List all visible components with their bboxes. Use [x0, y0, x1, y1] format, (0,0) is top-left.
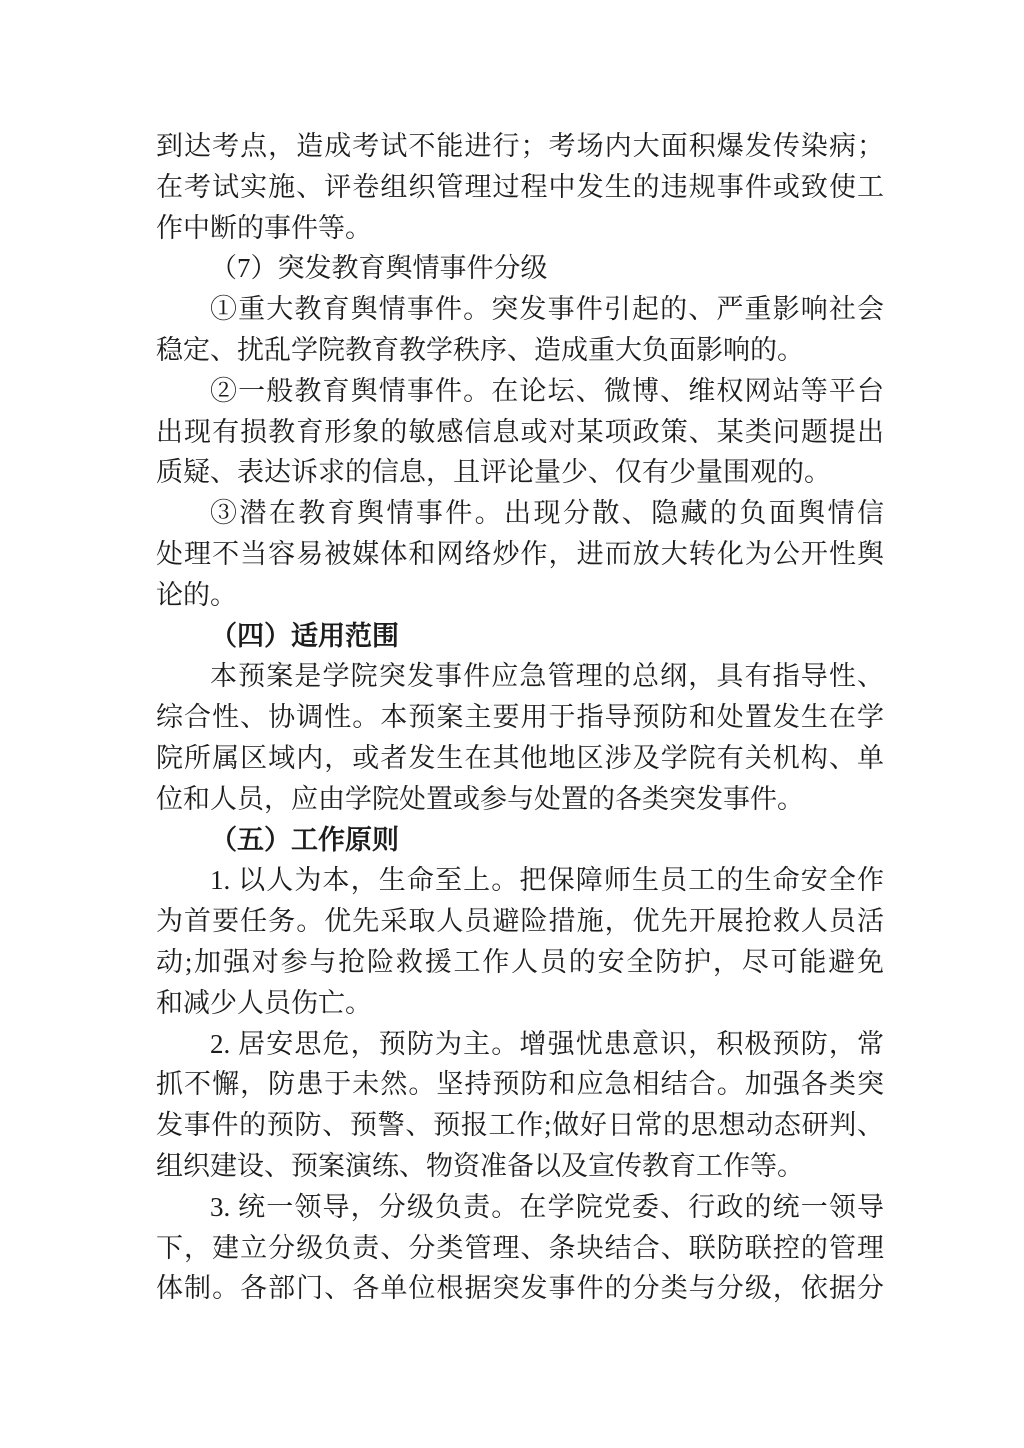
- text-line: 发事件的预防、预警、预报工作;做好日常的思想动态研判、: [156, 1105, 884, 1146]
- text-line: 处理不当容易被媒体和网络炒作，进而放大转化为公开性舆: [156, 534, 884, 575]
- text-line: 作中断的事件等。: [156, 208, 884, 249]
- document-page: 到达考点，造成考试不能进行；考场内大面积爆发传染病；在考试实施、评卷组织管理过程…: [0, 0, 1024, 1448]
- text-line: 稳定、扰乱学院教育教学秩序、造成重大负面影响的。: [156, 330, 884, 371]
- text-line: 在考试实施、评卷组织管理过程中发生的违规事件或致使工: [156, 167, 884, 208]
- text-line: ③潜在教育舆情事件。出现分散、隐藏的负面舆情信息，: [156, 493, 884, 534]
- text-line: 位和人员，应由学院处置或参与处置的各类突发事件。: [156, 779, 884, 820]
- section-heading: （五）工作原则: [156, 820, 884, 861]
- text-line: 为首要任务。优先采取人员避险措施，优先开展抢救人员活: [156, 901, 884, 942]
- text-line: 3. 统一领导，分级负责。在学院党委、行政的统一领导: [156, 1187, 884, 1228]
- text-line: 到达考点，造成考试不能进行；考场内大面积爆发传染病；: [156, 126, 884, 167]
- text-line: 出现有损教育形象的敏感信息或对某项政策、某类问题提出: [156, 412, 884, 453]
- text-line: 1. 以人为本，生命至上。把保障师生员工的生命安全作: [156, 860, 884, 901]
- text-line: 综合性、协调性。本预案主要用于指导预防和处置发生在学: [156, 697, 884, 738]
- text-line: 下，建立分级负责、分类管理、条块结合、联防联控的管理: [156, 1228, 884, 1269]
- text-line: 2. 居安思危，预防为主。增强忧患意识，积极预防，常: [156, 1024, 884, 1065]
- text-line: ①重大教育舆情事件。突发事件引起的、严重影响社会: [156, 289, 884, 330]
- text-line: 动;加强对参与抢险救援工作人员的安全防护，尽可能避免: [156, 942, 884, 983]
- section-heading: （四）适用范围: [156, 616, 884, 657]
- text-line: （7）突发教育舆情事件分级: [156, 248, 884, 289]
- text-line: 体制。各部门、各单位根据突发事件的分类与分级，依据分: [156, 1268, 884, 1309]
- text-line: 和减少人员伤亡。: [156, 983, 884, 1024]
- text-line: 质疑、表达诉求的信息，且评论量少、仅有少量围观的。: [156, 452, 884, 493]
- text-line: 组织建设、预案演练、物资准备以及宣传教育工作等。: [156, 1146, 884, 1187]
- text-line: 院所属区域内，或者发生在其他地区涉及学院有关机构、单: [156, 738, 884, 779]
- text-line: 抓不懈，防患于未然。坚持预防和应急相结合。加强各类突: [156, 1064, 884, 1105]
- text-block: 到达考点，造成考试不能进行；考场内大面积爆发传染病；在考试实施、评卷组织管理过程…: [156, 126, 884, 1309]
- text-line: 论的。: [156, 575, 884, 616]
- text-line: ②一般教育舆情事件。在论坛、微博、维权网站等平台: [156, 371, 884, 412]
- text-line: 本预案是学院突发事件应急管理的总纲，具有指导性、: [156, 656, 884, 697]
